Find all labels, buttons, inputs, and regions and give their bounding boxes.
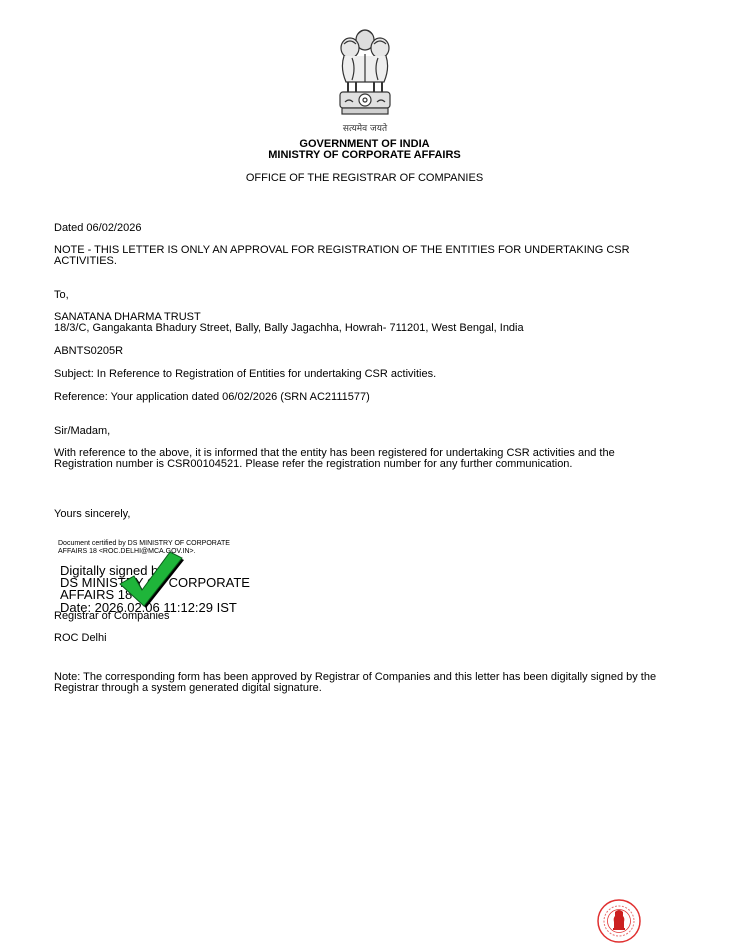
national-emblem-icon — [330, 24, 400, 124]
verified-checkmark-icon — [112, 548, 184, 608]
body-line2: Registration number is CSR00104521. Plea… — [54, 459, 572, 470]
emblem-motto: सत्यमेव जयते — [330, 121, 400, 134]
approval-note-line1: NOTE - THIS LETTER IS ONLY AN APPROVAL F… — [54, 245, 630, 256]
footer-note-line2: Registrar through a system generated dig… — [54, 683, 322, 694]
office-heading: OFFICE OF THE REGISTRAR OF COMPANIES — [0, 173, 729, 184]
ministry-seal-icon — [596, 898, 642, 944]
signatory-office: ROC Delhi — [54, 633, 107, 644]
signatory-title: Registrar of Companies — [54, 611, 170, 622]
ministry-heading: MINISTRY OF CORPORATE AFFAIRS — [0, 150, 729, 161]
salutation: Sir/Madam, — [54, 426, 110, 437]
approval-note-line2: ACTIVITIES. — [54, 256, 117, 267]
letter-subject: Subject: In Reference to Registration of… — [54, 369, 436, 380]
closing: Yours sincerely, — [54, 509, 130, 520]
letter-reference: Reference: Your application dated 06/02/… — [54, 392, 370, 403]
letter-date: Dated 06/02/2026 — [54, 223, 141, 234]
recipient-address: 18/3/C, Gangakanta Bhadury Street, Bally… — [54, 323, 524, 334]
to-label: To, — [54, 290, 69, 301]
recipient-pan: ABNTS0205R — [54, 346, 123, 357]
